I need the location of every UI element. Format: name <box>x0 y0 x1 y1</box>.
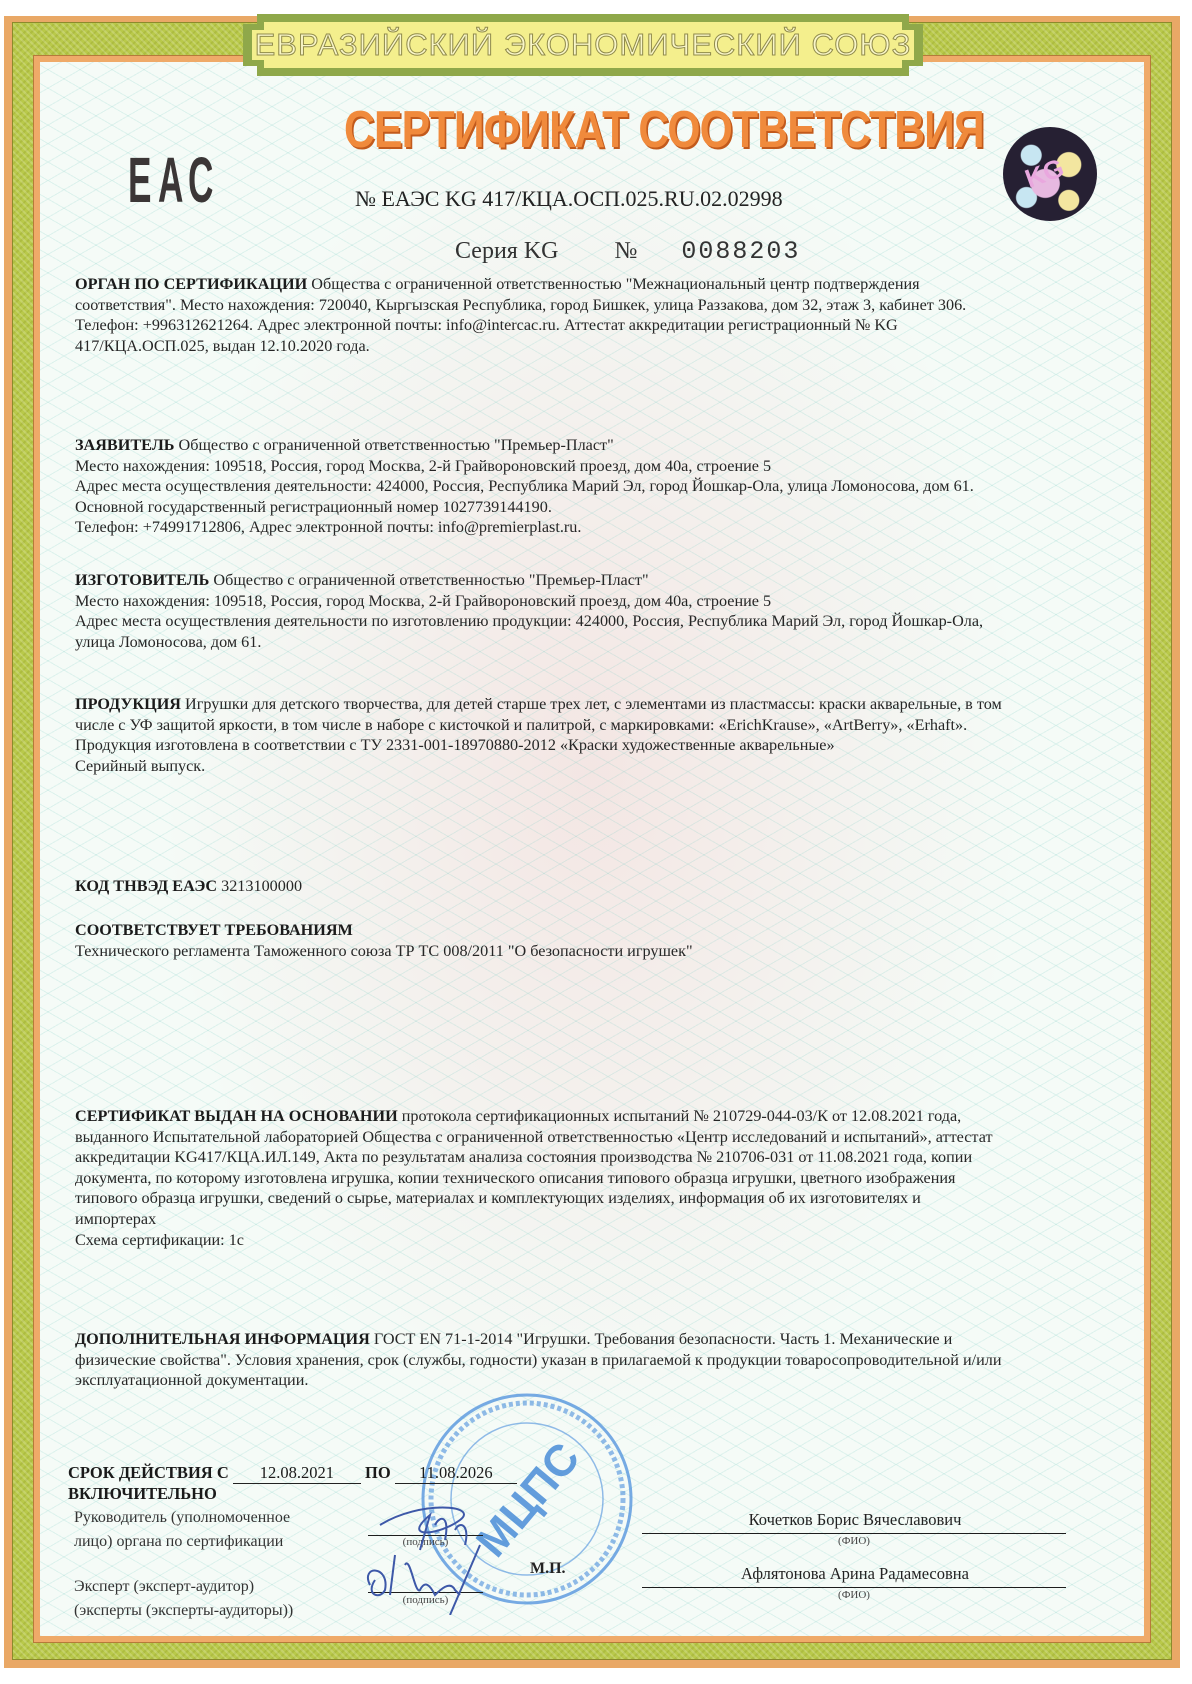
section-heading: ИЗГОТОВИТЕЛЬ <box>75 571 209 589</box>
section-text: Адрес места осуществления деятельности п… <box>75 611 1115 632</box>
eac-letter: С <box>188 145 201 215</box>
validity-to-date: 11.08.2026 <box>395 1463 517 1484</box>
certificate-number: № ЕАЭС KG 417/КЦА.ОСП.025.RU.02.02998 <box>355 186 783 212</box>
section-text: 417/КЦА.ОСП.025, выдан 12.10.2020 года. <box>75 336 1115 357</box>
section-text: Продукция изготовлена в соответствии с Т… <box>75 735 1115 756</box>
section-text: Место нахождения: 109518, Россия, город … <box>75 456 1115 477</box>
applicant-section: ЗАЯВИТЕЛЬ Общество с ограниченной ответс… <box>75 435 1115 538</box>
section-text: Серийный выпуск. <box>75 756 1115 777</box>
section-text: Телефон: +996312621264. Адрес электронно… <box>75 315 1115 336</box>
section-heading: КОД ТНВЭД ЕАЭС <box>75 877 217 895</box>
union-banner-text: ЕВРАЗИЙСКИЙ ЭКОНОМИЧЕСКИЙ СОЮЗ <box>255 27 912 63</box>
product-section: ПРОДУКЦИЯ Игрушки для детского творчеств… <box>75 694 1115 776</box>
section-text: ГОСТ EN 71-1-2014 "Игрушки. Требования б… <box>370 1330 953 1348</box>
section-text: Общество с ограниченной ответственностью… <box>209 571 648 589</box>
section-text: эксплуатационной документации. <box>75 1370 1115 1391</box>
manufacturer-section: ИЗГОТОВИТЕЛЬ Общество с ограниченной отв… <box>75 570 1115 652</box>
head-full-name: Кочетков Борис Вячеславович <box>640 1510 1070 1530</box>
section-text: Место нахождения: 109518, Россия, город … <box>75 591 1115 612</box>
section-heading: ПРОДУКЦИЯ <box>75 695 181 713</box>
label-line: (эксперты (эксперты-аудиторы)) <box>74 1599 293 1623</box>
section-text: Основной государственный регистрационный… <box>75 497 1115 518</box>
expert-full-name: Афлятонова Арина Радамесовна <box>640 1564 1070 1584</box>
tnved-section: КОД ТНВЭД ЕАЭС 3213100000 <box>75 876 1115 897</box>
section-text: документа, по которому изготовлена игруш… <box>75 1168 1115 1189</box>
section-text: улица Ломоносова, дом 61. <box>75 632 1115 653</box>
label-line: лицо) органа по сертификации <box>74 1530 290 1554</box>
validity-to-label: ПО <box>365 1463 391 1482</box>
section-heading: СЕРТИФИКАТ ВЫДАН НА ОСНОВАНИИ <box>75 1107 398 1125</box>
section-heading: СООТВЕТСТВУЕТ ТРЕБОВАНИЯМ <box>75 921 353 939</box>
section-text: Игрушки для детского творчества, для дет… <box>181 695 1002 713</box>
head-name-line <box>642 1533 1066 1534</box>
expert-signatory-label: Эксперт (эксперт-аудитор) (эксперты (экс… <box>74 1575 293 1623</box>
eac-logo-icon: Е А С <box>128 145 212 215</box>
series-label: Серия KG <box>455 238 559 264</box>
section-text: Общества с ограниченной ответственностью… <box>307 275 919 293</box>
section-text: типового образца игрушки, сведений о сыр… <box>75 1188 1115 1209</box>
signature-icon <box>360 1495 540 1615</box>
section-heading: ДОПОЛНИТЕЛЬНАЯ ИНФОРМАЦИЯ <box>75 1330 370 1348</box>
eac-letter: Е <box>128 145 141 215</box>
union-banner: ЕВРАЗИЙСКИЙ ЭКОНОМИЧЕСКИЙ СОЮЗ <box>252 22 914 68</box>
additional-info-section: ДОПОЛНИТЕЛЬНАЯ ИНФОРМАЦИЯ ГОСТ EN 71-1-2… <box>75 1329 1115 1391</box>
series-number: 0088203 <box>681 237 800 266</box>
fio-caption: (ФИО) <box>642 1535 1066 1547</box>
validity-from-date: 12.08.2021 <box>233 1463 361 1484</box>
section-heading: ОРГАН ПО СЕРТИФИКАЦИИ <box>75 275 307 293</box>
fio-caption: (ФИО) <box>642 1589 1066 1601</box>
certificate-title: СЕРТИФИКАТ СООТВЕТСТВИЯ <box>344 100 836 160</box>
section-text: Технического регламента Таможенного союз… <box>75 941 1115 962</box>
number-sign: № <box>615 238 638 264</box>
section-text: Схема сертификации: 1с <box>75 1230 1115 1251</box>
section-text: аккредитации KG417/КЦА.ИЛ.149, Акта по р… <box>75 1147 1115 1168</box>
label-line: Руководитель (уполномоченное <box>74 1506 290 1530</box>
head-signatory-label: Руководитель (уполномоченное лицо) орган… <box>74 1506 290 1554</box>
section-text: Телефон: +74991712806, Адрес электронной… <box>75 517 1115 538</box>
section-text: Адрес места осуществления деятельности: … <box>75 476 1115 497</box>
tnved-code: 3213100000 <box>217 877 302 895</box>
certification-body-section: ОРГАН ПО СЕРТИФИКАЦИИ Общества с огранич… <box>75 274 1115 356</box>
label-line: Эксперт (эксперт-аудитор) <box>74 1575 293 1599</box>
section-heading: ЗАЯВИТЕЛЬ <box>75 436 174 454</box>
conformity-section: СООТВЕТСТВУЕТ ТРЕБОВАНИЯМ Технического р… <box>75 920 1115 961</box>
section-text: числе с УФ защитой яркости, в том числе … <box>75 715 1115 736</box>
validity-from-label: СРОК ДЕЙСТВИЯ С <box>68 1463 229 1482</box>
basis-section: СЕРТИФИКАТ ВЫДАН НА ОСНОВАНИИ протокола … <box>75 1106 1115 1250</box>
section-text: выданного Испытательной лабораторией Общ… <box>75 1127 1115 1148</box>
section-text: Общество с ограниченной ответственностью… <box>174 436 613 454</box>
expert-name-line <box>642 1587 1066 1588</box>
section-text: протокола сертификационных испытаний № 2… <box>398 1107 962 1125</box>
section-text: импортерах <box>75 1209 1115 1230</box>
section-text: физические свойства". Условия хранения, … <box>75 1350 1115 1371</box>
series-line: Серия KG № 0088203 <box>455 237 800 266</box>
eac-letter: А <box>158 145 171 215</box>
section-text: соответствия". Место нахождения: 720040,… <box>75 295 1115 316</box>
